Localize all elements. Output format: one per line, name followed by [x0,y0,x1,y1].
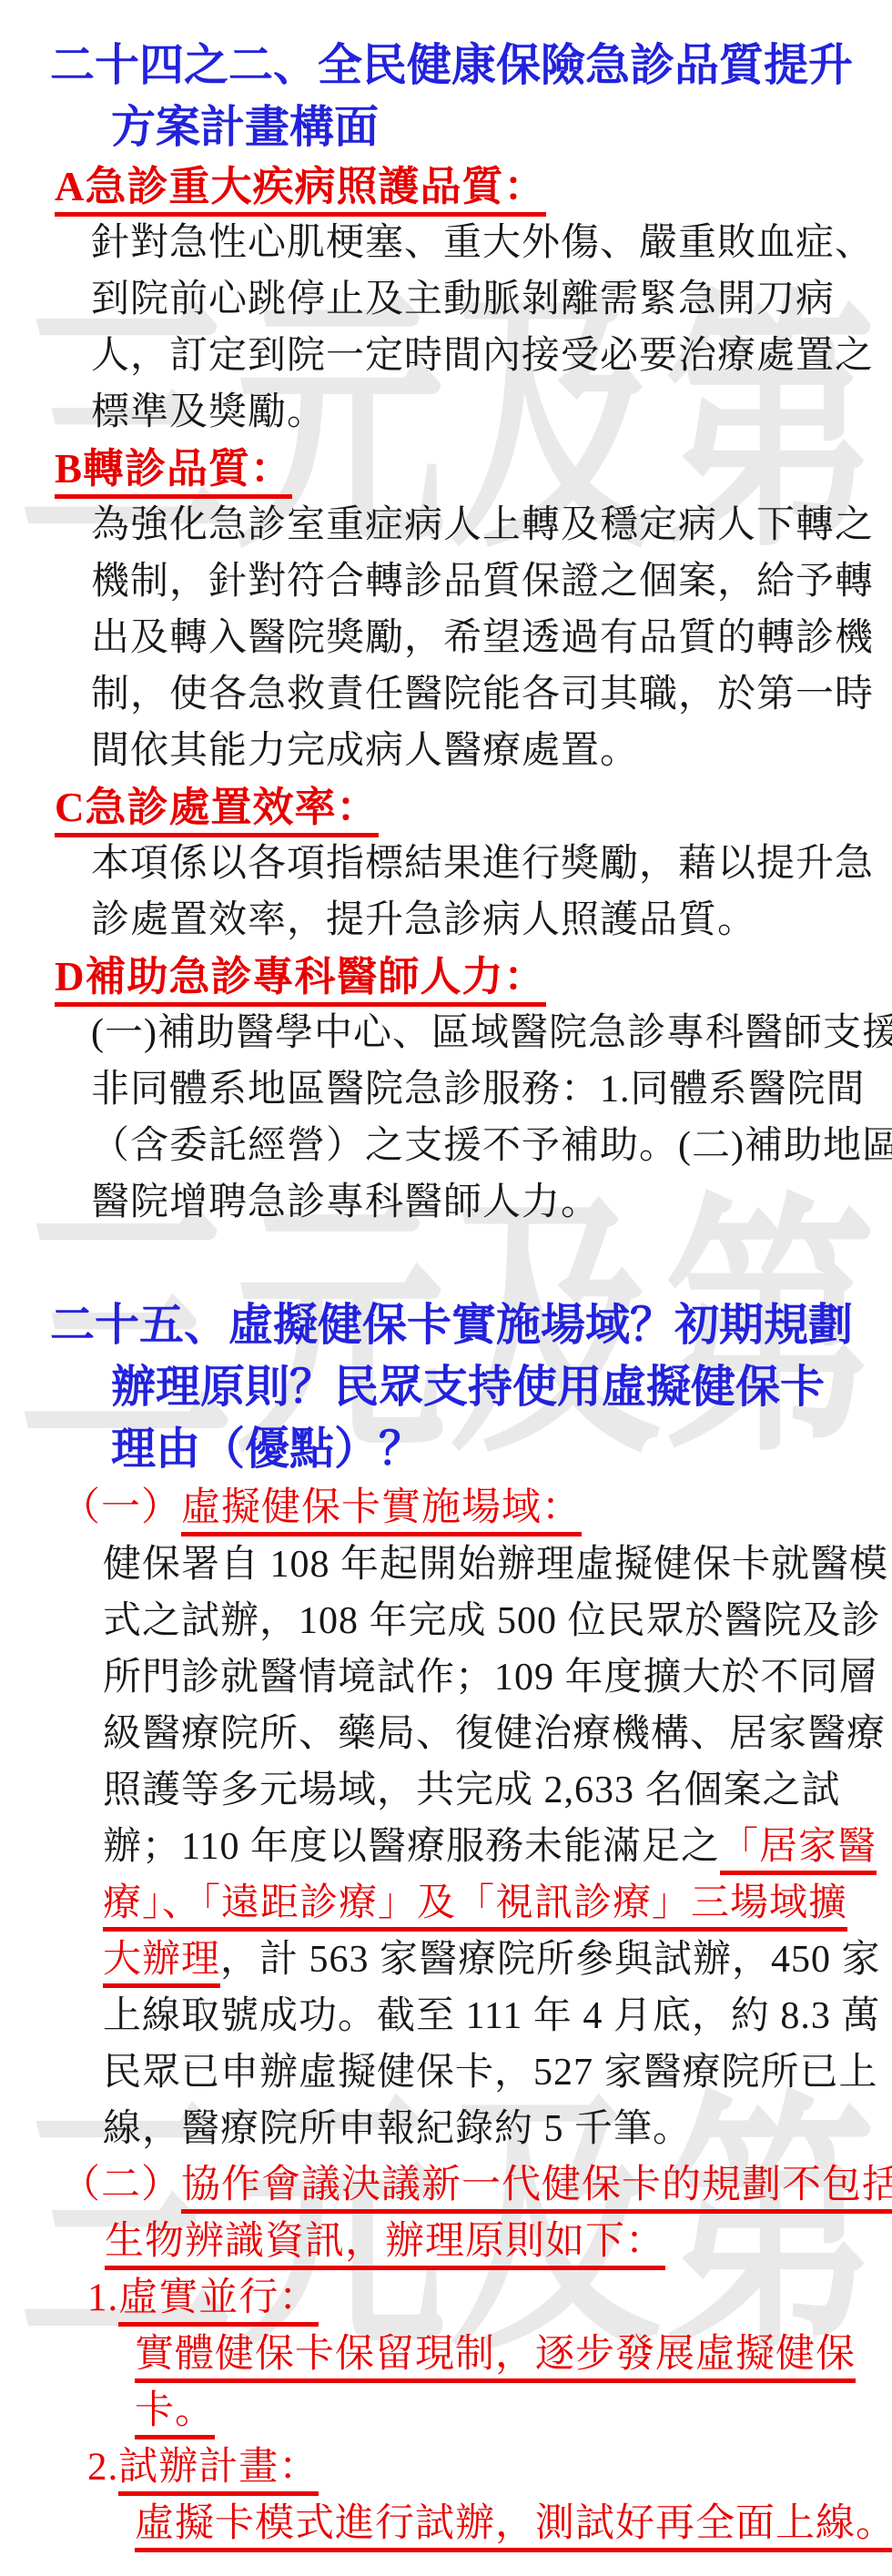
paragraph-line: 為強化急診室重症病人上轉及穩定病人下轉之 [0,497,892,553]
paragraph-line: 照護等多元場域，共完成 2,633 名個案之試 [0,1762,892,1819]
paragraph-line: 標準及獎勵。 [0,384,892,441]
chapter-heading-line: 理由（優點）？ [0,1418,892,1480]
paragraph-line: 所門診就醫情境試作；109 年度擴大於不同層 [0,1649,892,1706]
text-run: 標準及獎勵。 [91,391,326,433]
paragraph-line: 線，醫療院所申報紀錄約 5 千筆。 [0,2101,892,2157]
text-run: ，計 563 家醫療院所參與試辦，450 家 [220,1939,881,1981]
text-run: 照護等多元場域，共完成 2,633 名個案之試 [103,1770,841,1811]
text-run: （一） [61,1486,181,1529]
text-run: 1. [87,2277,118,2319]
text-run: (一)補助醫學中心、區域醫院急診專科醫師支援 [91,1012,892,1054]
paragraph-line: 到院前心跳停止及主動脈剝離需緊急開刀病 [0,271,892,328]
text-run: 出及轉入醫院獎勵，希望透過有品質的轉診機 [91,617,874,659]
text-run: 虛擬卡模式進行試辦，測試好再全面上線。 [135,2502,892,2552]
text-run: 方案計畫構面 [111,102,379,152]
text-run: 虛擬健保卡實施場域： [181,1486,582,1536]
text-run: 試辦計畫： [118,2446,319,2496]
text-run: 「居家醫 [720,1826,877,1875]
text-run: 到院前心跳停止及主動脈剝離需緊急開刀病 [91,279,835,320]
paragraph-line: 非同體系地區醫院急診服務：1.同體系醫院間 [0,1061,892,1118]
text-run: 機制，針對符合轉診品質保證之個案，給予轉 [91,561,874,603]
text-run: 所門診就醫情境試作；109 年度擴大於不同層 [103,1657,878,1699]
text-run: A急診重大疾病照護品質： [55,164,546,217]
subsection-heading-line: 生物辨識資訊，辦理原則如下： [0,2214,892,2270]
paragraph-line: 針對急性心肌梗塞、重大外傷、嚴重敗血症、 [0,215,892,271]
text-run: 健保署自 108 年起開始辦理虛擬健保卡就醫模 [103,1544,888,1586]
text-run: 協作會議決議新一代健保卡的規劃不包括 [181,2164,892,2214]
section-heading: C急診處置效率： [0,779,892,836]
text-run: 制，使各急救責任醫院能各司其職，於第一時 [91,674,874,715]
paragraph-line: 間依其能力完成病人醫療處置。 [0,723,892,779]
text-run: 大辦理 [103,1939,220,1988]
paragraph-line: 診處置效率，提升急診病人照護品質。 [0,892,892,948]
text-run: 民眾已申辦虛擬健保卡，527 家醫療院所已上 [103,2052,878,2094]
list-item-heading: 2.試辦計畫： [0,2439,892,2496]
text-run: 2. [87,2446,118,2489]
text-run: D補助急診專科醫師人力： [55,954,546,1007]
text-run: 二十五、虛擬健保卡實施場域？初期規劃 [50,1300,853,1350]
section-spacer [0,1231,892,1294]
text-run: 辦；110 年度以醫療服務未能滿足之 [103,1826,720,1868]
text-run: 虛實並行： [118,2277,319,2327]
paragraph-line: 健保署自 108 年起開始辦理虛擬健保卡就醫模 [0,1536,892,1593]
text-run: 人，訂定到院一定時間內接受必要治療處置之 [91,335,874,377]
paragraph-line: 醫院增聘急診專科醫師人力。 [0,1174,892,1231]
text-run: （二） [61,2164,181,2206]
paragraph-line: (一)補助醫學中心、區域醫院急診專科醫師支援 [0,1005,892,1061]
text-run: 生物辨識資訊，辦理原則如下： [105,2220,665,2270]
paragraph-line: 民眾已申辦虛擬健保卡，527 家醫療院所已上 [0,2044,892,2101]
paragraph-line: 式之試辦，108 年完成 500 位民眾於醫院及診 [0,1593,892,1649]
section-heading: D補助急診專科醫師人力： [0,948,892,1005]
chapter-heading-line: 二十五、虛擬健保卡實施場域？初期規劃 [0,1294,892,1356]
text-run: 卡。 [135,2389,215,2439]
paragraph-line: 辦；110 年度以醫療服務未能滿足之「居家醫 [0,1819,892,1875]
text-run: （含委託經營）之支援不予補助。(二)補助地區 [91,1125,892,1167]
paragraph-line: 機制，針對符合轉診品質保證之個案，給予轉 [0,553,892,610]
paragraph-line: 制，使各急救責任醫院能各司其職，於第一時 [0,666,892,723]
text-run: 診處置效率，提升急診病人照護品質。 [91,899,756,941]
chapter-heading-line: 方案計畫構面 [0,96,892,158]
paragraph-line: 上線取號成功。截至 111 年 4 月底，約 8.3 萬 [0,1988,892,2044]
paragraph-line: 大辦理，計 563 家醫療院所參與試辦，450 家 [0,1932,892,1988]
text-run: 為強化急診室重症病人上轉及穩定病人下轉之 [91,504,874,546]
subsection-heading-line: （一）虛擬健保卡實施場域： [0,1480,892,1536]
text-run: 式之試辦，108 年完成 500 位民眾於醫院及診 [103,1600,881,1642]
document-page: 二十四之二、全民健康保險急診品質提升方案計畫構面A急診重大疾病照護品質：針對急性… [0,0,892,2552]
section-heading: A急診重大疾病照護品質： [0,158,892,215]
paragraph-line: 療」、「遠距診療」及「視訊診療」三場域擴 [0,1875,892,1932]
list-item-heading: 1.虛實並行： [0,2270,892,2327]
text-run: C急診處置效率： [55,785,379,837]
text-run: 上線取號成功。截至 111 年 4 月底，約 8.3 萬 [103,1995,880,2037]
text-run: 醫院增聘急診專科醫師人力。 [91,1182,600,1223]
text-run: 二十四之二、全民健康保險急診品質提升 [50,40,853,90]
text-run: 間依其能力完成病人醫療處置。 [91,730,639,772]
section-heading: B轉診品質： [0,441,892,497]
paragraph-line: 人，訂定到院一定時間內接受必要治療處置之 [0,328,892,384]
text-run: 線，醫療院所申報紀錄約 5 千筆。 [103,2108,692,2150]
text-run: 辦理原則？民眾支持使用虛擬健保卡 [111,1362,825,1412]
paragraph-line: 出及轉入醫院獎勵，希望透過有品質的轉診機 [0,610,892,666]
text-run: B轉診品質： [55,446,292,499]
list-item-body-line: 虛擬卡模式進行試辦，測試好再全面上線。 [0,2496,892,2552]
list-item-body-line: 卡。 [0,2383,892,2439]
text-run: 療」、「遠距診療」及「視訊診療」三場域擴 [103,1882,847,1932]
text-run: 實體健保卡保留現制，逐步發展虛擬健保 [135,2333,856,2383]
paragraph-line: 級醫療院所、藥局、復健治療機構、居家醫療 [0,1706,892,1762]
text-run: 本項係以各項指標結果進行獎勵，藉以提升急 [91,843,874,885]
text-run: 級醫療院所、藥局、復健治療機構、居家醫療 [103,1713,886,1755]
subsection-heading-line: （二）協作會議決議新一代健保卡的規劃不包括 [0,2157,892,2214]
text-run: 理由（優點）？ [111,1424,423,1474]
chapter-heading-line: 辦理原則？民眾支持使用虛擬健保卡 [0,1356,892,1418]
list-item-body-line: 實體健保卡保留現制，逐步發展虛擬健保 [0,2327,892,2383]
text-run: 針對急性心肌梗塞、重大外傷、嚴重敗血症、 [91,222,874,264]
text-run: 非同體系地區醫院急診服務：1.同體系醫院間 [91,1069,866,1111]
paragraph-line: 本項係以各項指標結果進行獎勵，藉以提升急 [0,836,892,892]
paragraph-line: （含委託經營）之支援不予補助。(二)補助地區 [0,1118,892,1174]
chapter-heading-line: 二十四之二、全民健康保險急診品質提升 [0,35,892,96]
